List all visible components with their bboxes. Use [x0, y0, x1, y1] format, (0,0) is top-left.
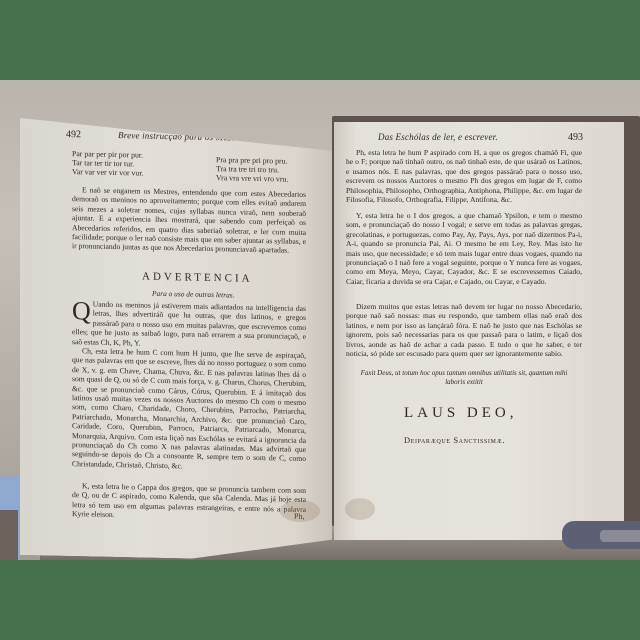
syllable-table-left: Par par per pir por pur. Tar tar ter tir… — [72, 149, 143, 177]
page-number: 492 — [66, 129, 81, 140]
section-subheading: Para o uso de outras letras. — [152, 289, 235, 300]
syllable-table-right: Pra pra pre pri pro pru. Tra tra tre tri… — [216, 155, 288, 184]
laus-deo: LAUS DEO, — [404, 405, 518, 422]
table-object — [0, 510, 18, 560]
water-stain — [280, 500, 320, 522]
drop-cap: Q — [72, 300, 91, 322]
page-number: 493 — [568, 132, 583, 143]
running-head: Breve instrucçaõ para os Mestres — [118, 130, 245, 143]
book-photo: 492 Breve instrucçaõ para os Mestres Par… — [0, 80, 640, 560]
syllable-row: Var var ver vir vor vur. — [72, 167, 143, 177]
left-page: 492 Breve instrucçaõ para os Mestres Par… — [20, 118, 332, 560]
right-page: Das Eschólas de ler, e escrever. 493 Ph,… — [334, 122, 624, 540]
paragraph-abecedarios: E naõ se enganem os Mestres, entendendo … — [72, 185, 306, 256]
paragraph-advertencia: Q Uando os meninos já estiverem mais adi… — [72, 299, 306, 351]
deiparaeque-sanctissimae: Deiparæque Sanctissimæ. — [404, 435, 505, 445]
paragraph-k: K, esta letra he o Cappa dos gregos, que… — [72, 481, 306, 524]
bottom-border-band — [0, 560, 640, 640]
top-border-band — [0, 0, 640, 80]
paragraph-y: Y, esta letra he o I dos gregos, a que c… — [346, 211, 582, 286]
syllable-row: Vra vra vre vri vro vru. — [216, 173, 288, 184]
section-heading: ADVERTENCIA — [142, 271, 253, 285]
running-head: Das Eschólas de ler, e escrever. — [378, 132, 498, 142]
colophon-latin: Faxit Deus, ut totum hoc opus tantum omn… — [354, 369, 574, 387]
page-clip-inner — [600, 530, 640, 542]
paragraph-dizem: Dizem muitos que estas letras naõ devem … — [346, 302, 582, 358]
paragraph-ch: Ch, esta letra he hum C com hum H junto,… — [72, 346, 306, 473]
water-stain — [345, 498, 375, 520]
paragraph-ph: Ph, esta letra he hum P aspirado com H, … — [346, 148, 582, 204]
